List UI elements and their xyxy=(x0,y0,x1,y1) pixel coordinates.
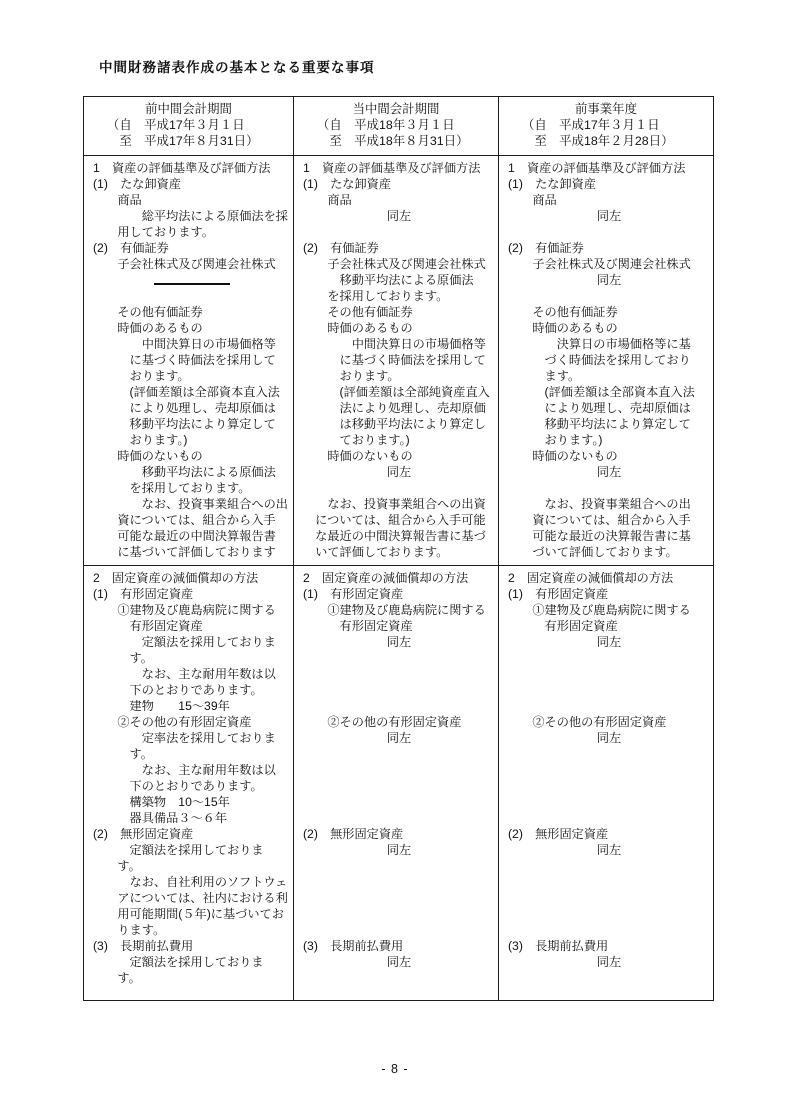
text-line: 1 資産の評価基準及び評価方法 xyxy=(93,160,290,176)
text-line: 同左 xyxy=(303,730,495,746)
text-line: す。 xyxy=(93,650,290,666)
text-line xyxy=(303,794,495,810)
text-line: (3) 長期前払費用 xyxy=(93,938,290,954)
text-line: 移動平均法による原価法 xyxy=(303,272,495,288)
text-line: ②その他の有形固定資産 xyxy=(303,714,495,730)
text-line: 同左 xyxy=(303,954,495,970)
text-line: (2) 有価証券 xyxy=(303,240,495,256)
text-line: を採用しております。 xyxy=(303,288,495,304)
text-line: なお、投資事業組合への出 xyxy=(508,496,710,512)
cell-prev-interim-depreciation: 2 固定資産の減価償却の方法(1) 有形固定資産 ①建物及び鹿島病院に関する 有… xyxy=(84,566,294,1001)
text-line: ます。 xyxy=(508,368,710,384)
cell-prev-interim-asset-valuation: 1 資産の評価基準及び評価方法(1) たな卸資産 商品 総平均法による原価法を採… xyxy=(84,156,294,566)
text-line: 商品 xyxy=(508,192,710,208)
text-line: ②その他の有形固定資産 xyxy=(93,714,290,730)
text-line: ております。) xyxy=(303,432,495,448)
text-line: に基づく時価法を採用して xyxy=(93,352,290,368)
text-line xyxy=(303,480,495,496)
text-line: 可能な最近の決算報告書に基 xyxy=(508,528,710,544)
text-line xyxy=(303,890,495,906)
col-header-prev-fiscal-year: 前事業年度 （自 平成17年３月１日 至 平成18年２月28日） xyxy=(499,97,714,156)
text-line: 同左 xyxy=(508,272,710,288)
text-line: 有形固定資産 xyxy=(93,618,290,634)
text-line: (1) たな卸資産 xyxy=(303,176,495,192)
period-name: 前中間会計期間 xyxy=(88,101,289,117)
text-line: 子会社株式及び関連会社株式 xyxy=(93,256,290,272)
period-to: 至 平成17年８月31日） xyxy=(88,133,289,149)
text-line: 同左 xyxy=(508,954,710,970)
text-line: す。 xyxy=(93,970,290,986)
text-line: (2) 有価証券 xyxy=(93,240,290,256)
text-line xyxy=(303,858,495,874)
text-line: 時価のあるもの xyxy=(508,320,710,336)
text-line xyxy=(508,906,710,922)
text-line xyxy=(303,746,495,762)
text-line: 2 固定資産の減価償却の方法 xyxy=(93,570,290,586)
text-line: (3) 長期前払費用 xyxy=(303,938,495,954)
text-line xyxy=(508,682,710,698)
text-line: 資については、組合から入手 xyxy=(508,512,710,528)
text-line: 時価のないもの xyxy=(303,448,495,464)
text-line: (3) 長期前払費用 xyxy=(508,938,710,954)
text-line: す。 xyxy=(93,858,290,874)
text-line: ②その他の有形固定資産 xyxy=(508,714,710,730)
text-line: 用可能期間(５年)に基づいてお xyxy=(93,906,290,922)
text-line xyxy=(303,762,495,778)
text-line: (2) 有価証券 xyxy=(508,240,710,256)
text-line xyxy=(508,746,710,762)
text-line xyxy=(508,288,710,304)
accounting-policies-table: 前中間会計期間 （自 平成17年３月１日 至 平成17年８月31日） 当中間会計… xyxy=(83,96,714,1001)
text-line: により処理し、売却原価は xyxy=(93,400,290,416)
text-line: 同左 xyxy=(303,634,495,650)
text-line xyxy=(303,778,495,794)
text-line xyxy=(93,288,290,304)
period-from: （自 平成18年３月１日 xyxy=(298,117,494,133)
text-line xyxy=(508,794,710,810)
text-line: 法により処理し、売却原価 xyxy=(303,400,495,416)
text-line: おります。) xyxy=(93,432,290,448)
text-line: (2) 無形固定資産 xyxy=(93,826,290,842)
text-line xyxy=(303,682,495,698)
text-line: (1) 有形固定資産 xyxy=(93,586,290,602)
row-depreciation-methods: 2 固定資産の減価償却の方法(1) 有形固定資産 ①建物及び鹿島病院に関する 有… xyxy=(84,566,714,1001)
text-line xyxy=(303,698,495,714)
text-line: その他有価証券 xyxy=(303,304,495,320)
text-line: づく時価法を採用しており xyxy=(508,352,710,368)
text-line: ①建物及び鹿島病院に関する xyxy=(508,602,710,618)
table-header-row: 前中間会計期間 （自 平成17年３月１日 至 平成17年８月31日） 当中間会計… xyxy=(84,97,714,156)
text-line xyxy=(508,666,710,682)
text-line xyxy=(508,778,710,794)
text-line xyxy=(303,810,495,826)
text-line xyxy=(303,922,495,938)
text-line xyxy=(303,970,495,986)
text-line: 器具備品３～６年 xyxy=(93,810,290,826)
text-line: 同左 xyxy=(508,464,710,480)
text-line: (評価差額は全部資本直入法 xyxy=(508,384,710,400)
text-line: 有形固定資産 xyxy=(508,618,710,634)
text-line: (1) 有形固定資産 xyxy=(303,586,495,602)
text-line: 1 資産の評価基準及び評価方法 xyxy=(508,160,710,176)
text-line: 1 資産の評価基準及び評価方法 xyxy=(303,160,495,176)
text-line: 商品 xyxy=(303,192,495,208)
text-line: 時価のないもの xyxy=(508,448,710,464)
text-line: 可能な最近の中間決算報告書 xyxy=(93,528,290,544)
text-line: なお、主な耐用年数は以 xyxy=(93,762,290,778)
text-line: (1) たな卸資産 xyxy=(508,176,710,192)
text-line: なお、自社利用のソフトウェ xyxy=(93,874,290,890)
text-line: 商品 xyxy=(93,192,290,208)
page-number: - 8 - xyxy=(0,1062,790,1076)
text-line: 子会社株式及び関連会社株式 xyxy=(508,256,710,272)
text-line: 用しております。 xyxy=(93,224,290,240)
text-line: 中間決算日の市場価格等 xyxy=(303,336,495,352)
horizontal-rule xyxy=(154,283,230,285)
text-line: 2 固定資産の減価償却の方法 xyxy=(508,570,710,586)
strike-rule xyxy=(93,272,290,288)
text-line xyxy=(508,810,710,826)
text-line xyxy=(508,858,710,874)
text-line: ります。 xyxy=(93,922,290,938)
text-line: 有形固定資産 xyxy=(303,618,495,634)
text-line: 資については、組合から入手 xyxy=(93,512,290,528)
text-line: アについては、社内における利 xyxy=(93,890,290,906)
text-line: 下のとおりであります。 xyxy=(93,682,290,698)
text-line: (1) 有形固定資産 xyxy=(508,586,710,602)
text-line xyxy=(508,762,710,778)
text-line: (2) 無形固定資産 xyxy=(303,826,495,842)
text-line: に基づく時価法を採用して xyxy=(303,352,495,368)
text-line: 同左 xyxy=(508,634,710,650)
text-line: 総平均法による原価法を採 xyxy=(93,208,290,224)
period-from: （自 平成17年３月１日 xyxy=(88,117,289,133)
text-line: 決算日の市場価格等に基 xyxy=(508,336,710,352)
text-line: に基づいて評価しております xyxy=(93,544,290,560)
text-line: 時価のあるもの xyxy=(93,320,290,336)
text-line xyxy=(508,698,710,714)
text-line: 定率法を採用しておりま xyxy=(93,730,290,746)
text-line: づいて評価しております。 xyxy=(508,544,710,560)
row-asset-valuation-methods: 1 資産の評価基準及び評価方法(1) たな卸資産 商品 総平均法による原価法を採… xyxy=(84,156,714,566)
text-line: 構築物 10～15年 xyxy=(93,794,290,810)
text-line xyxy=(303,224,495,240)
text-line: 定額法を採用しておりま xyxy=(93,634,290,650)
cell-prev-fiscal-asset-valuation: 1 資産の評価基準及び評価方法(1) たな卸資産 商品同左 (2) 有価証券 子… xyxy=(499,156,714,566)
period-to: 至 平成18年２月28日） xyxy=(503,133,709,149)
cell-prev-fiscal-depreciation: 2 固定資産の減価償却の方法(1) 有形固定資産 ①建物及び鹿島病院に関する 有… xyxy=(499,566,714,1001)
cell-current-interim-asset-valuation: 1 資産の評価基準及び評価方法(1) たな卸資産 商品同左 (2) 有価証券 子… xyxy=(294,156,499,566)
text-line: なお、投資事業組合への出 xyxy=(93,496,290,512)
text-line xyxy=(508,922,710,938)
text-line: いて評価しております。 xyxy=(303,544,495,560)
text-line xyxy=(303,874,495,890)
text-line: 2 固定資産の減価償却の方法 xyxy=(303,570,495,586)
text-line: については、組合から入手可能 xyxy=(303,512,495,528)
text-line: その他有価証券 xyxy=(93,304,290,320)
text-line: す。 xyxy=(93,746,290,762)
text-line xyxy=(303,666,495,682)
text-line: 定額法を採用しておりま xyxy=(93,954,290,970)
document-title: 中間財務諸表作成の基本となる重要な事項 xyxy=(99,56,375,76)
cell-current-interim-depreciation: 2 固定資産の減価償却の方法(1) 有形固定資産 ①建物及び鹿島病院に関する 有… xyxy=(294,566,499,1001)
text-line xyxy=(508,890,710,906)
text-line xyxy=(508,874,710,890)
text-line: 移動平均法により算定して xyxy=(93,416,290,432)
text-line: 同左 xyxy=(508,730,710,746)
text-line xyxy=(303,650,495,666)
text-line: 同左 xyxy=(303,208,495,224)
text-line: 同左 xyxy=(508,842,710,858)
text-line: 中間決算日の市場価格等 xyxy=(93,336,290,352)
text-line: (2) 無形固定資産 xyxy=(508,826,710,842)
text-line: 時価のあるもの xyxy=(303,320,495,336)
text-line: おります。) xyxy=(508,432,710,448)
text-line xyxy=(508,970,710,986)
period-name: 前事業年度 xyxy=(503,101,709,117)
text-line: 子会社株式及び関連会社株式 xyxy=(303,256,495,272)
text-line: な最近の中間決算報告書に基づ xyxy=(303,528,495,544)
text-line: 建物 15～39年 xyxy=(93,698,290,714)
period-to: 至 平成18年８月31日） xyxy=(298,133,494,149)
text-line xyxy=(508,480,710,496)
col-header-current-interim-period: 当中間会計期間 （自 平成18年３月１日 至 平成18年８月31日） xyxy=(294,97,499,156)
text-line: その他有価証券 xyxy=(508,304,710,320)
text-line: 同左 xyxy=(303,842,495,858)
text-line: を採用しております。 xyxy=(93,480,290,496)
text-line: により処理し、売却原価は xyxy=(508,400,710,416)
col-header-prev-interim-period: 前中間会計期間 （自 平成17年３月１日 至 平成17年８月31日） xyxy=(84,97,294,156)
text-line: 移動平均法により算定して xyxy=(508,416,710,432)
text-line: (1) たな卸資産 xyxy=(93,176,290,192)
text-line: 移動平均法による原価法 xyxy=(93,464,290,480)
text-line xyxy=(508,224,710,240)
text-line: (評価差額は全部純資産直入 xyxy=(303,384,495,400)
text-line: おります。 xyxy=(303,368,495,384)
text-line xyxy=(303,906,495,922)
text-line: ①建物及び鹿島病院に関する xyxy=(93,602,290,618)
text-line: (評価差額は全部資本直入法 xyxy=(93,384,290,400)
text-line: ①建物及び鹿島病院に関する xyxy=(303,602,495,618)
text-line: 下のとおりであります。 xyxy=(93,778,290,794)
text-line: 定額法を採用しておりま xyxy=(93,842,290,858)
text-line: 同左 xyxy=(508,208,710,224)
text-line xyxy=(508,650,710,666)
text-line: おります。 xyxy=(93,368,290,384)
text-line: なお、主な耐用年数は以 xyxy=(93,666,290,682)
period-name: 当中間会計期間 xyxy=(298,101,494,117)
text-line: 時価のないもの xyxy=(93,448,290,464)
text-line: 同左 xyxy=(303,464,495,480)
text-line: は移動平均法により算定し xyxy=(303,416,495,432)
period-from: （自 平成17年３月１日 xyxy=(503,117,709,133)
text-line: なお、投資事業組合への出資 xyxy=(303,496,495,512)
